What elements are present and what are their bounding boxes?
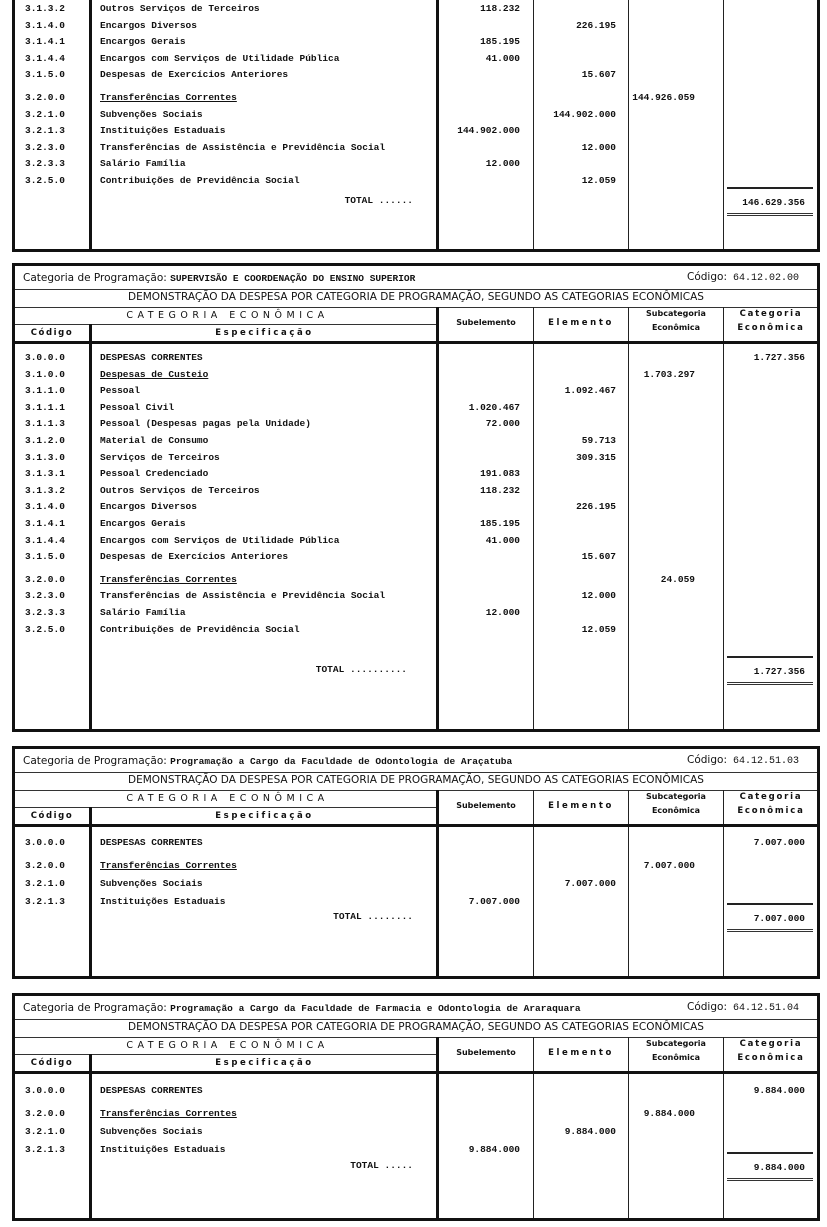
row-elemento-value: 12.000 xyxy=(582,590,616,601)
table-row: 3.2.3.3Salário Família12.000 xyxy=(15,607,817,624)
table-row: 3.2.0.0Transferências Correntes9.884.000 xyxy=(15,1108,817,1126)
row-specification: Subvenções Sociais xyxy=(100,878,203,889)
total-double-rule xyxy=(727,213,813,216)
total-value: 7.007.000 xyxy=(754,913,805,924)
row-specification: Transferências de Assistência e Previdên… xyxy=(100,142,385,153)
header-divider xyxy=(15,1054,437,1055)
row-code: 3.1.4.0 xyxy=(25,501,90,512)
subelement-column-header: Subelemento xyxy=(439,1048,533,1057)
row-specification: Despesas de Custeio xyxy=(100,369,208,380)
table-row: 3.2.3.3Salário Família12.000 xyxy=(15,158,817,175)
row-elemento-value: 9.884.000 xyxy=(565,1126,616,1137)
total-rule xyxy=(727,656,813,658)
row-code: 3.2.3.3 xyxy=(25,158,90,169)
row-code: 3.1.5.0 xyxy=(25,551,90,562)
program-code-value: 64.12.02.00 xyxy=(733,273,799,284)
section-aracatuba: Categoria de Programação: Programação a … xyxy=(12,746,820,979)
table-row: 3.2.5.0Contribuições de Previdência Soci… xyxy=(15,175,817,192)
specification-column-header: Especificação xyxy=(93,328,436,338)
row-specification: Outros Serviços de Terceiros xyxy=(100,485,260,496)
demonstration-title: DEMONSTRAÇÃO DA DESPESA POR CATEGORIA DE… xyxy=(15,289,817,308)
column-header-row: CATEGORIA ECONÔMICA Código Especificação… xyxy=(15,790,817,827)
row-code: 3.1.4.0 xyxy=(25,20,90,31)
total-rule xyxy=(727,187,813,189)
table-row: 3.1.4.0Encargos Diversos226.195 xyxy=(15,20,817,37)
row-code: 3.1.3.2 xyxy=(25,485,90,496)
code-column-header: Código xyxy=(15,811,89,821)
row-elemento-value: 59.713 xyxy=(582,435,616,446)
table-row: 3.1.4.4Encargos com Serviços de Utilidad… xyxy=(15,535,817,552)
row-code: 3.2.3.0 xyxy=(25,590,90,601)
row-code: 3.1.4.4 xyxy=(25,53,90,64)
programming-category-label: Categoria de Programação: Programação a … xyxy=(23,1002,581,1014)
column-divider xyxy=(89,807,92,824)
row-specification: Encargos Gerais xyxy=(100,36,186,47)
row-specification: Pessoal xyxy=(100,385,140,396)
row-code: 3.2.0.0 xyxy=(25,92,90,103)
table-row: 3.1.5.0Despesas de Exercícios Anteriores… xyxy=(15,69,817,86)
total-double-rule xyxy=(727,1178,813,1181)
table-row: 3.0.0.0DESPESAS CORRENTES7.007.000 xyxy=(15,837,817,855)
section-araraquara: Categoria de Programação: Programação a … xyxy=(12,993,820,1221)
total-value: 9.884.000 xyxy=(754,1162,805,1173)
row-specification: DESPESAS CORRENTES xyxy=(100,352,203,363)
row-specification: Subvenções Sociais xyxy=(100,1126,203,1137)
total-label: TOTAL ........ xyxy=(333,911,413,922)
row-subelemento-value: 191.083 xyxy=(480,468,520,479)
row-subelemento-value: 7.007.000 xyxy=(469,896,520,907)
table-row: 3.1.2.0Material de Consumo59.713 xyxy=(15,435,817,452)
category-column-header: CategoriaEconômica xyxy=(724,1039,818,1068)
table-row: 3.2.0.0Transferências Correntes144.926.0… xyxy=(15,92,817,109)
row-code: 3.2.1.0 xyxy=(25,1126,90,1137)
economic-category-header: CATEGORIA ECONÔMICA xyxy=(15,1040,440,1051)
element-column-header: Elemento xyxy=(534,1048,628,1058)
table-row: 3.2.1.3Instituições Estaduais144.902.000 xyxy=(15,125,817,142)
row-specification: Encargos com Serviços de Utilidade Públi… xyxy=(100,53,339,64)
row-specification: Encargos Gerais xyxy=(100,518,186,529)
row-code: 3.2.1.3 xyxy=(25,125,90,136)
row-specification: Instituições Estaduais xyxy=(100,125,225,136)
demonstration-title: DEMONSTRAÇÃO DA DESPESA POR CATEGORIA DE… xyxy=(15,1019,817,1038)
row-code: 3.2.5.0 xyxy=(25,624,90,635)
table-row: 3.2.3.0Transferências de Assistência e P… xyxy=(15,142,817,159)
row-specification: Despesas de Exercícios Anteriores xyxy=(100,69,288,80)
row-elemento-value: 144.902.000 xyxy=(553,109,616,120)
row-subcategoria-value: 24.059 xyxy=(661,574,695,585)
specification-column-header: Especificação xyxy=(93,811,436,821)
table-row: 3.2.1.0Subvenções Sociais9.884.000 xyxy=(15,1126,817,1144)
row-code: 3.1.1.3 xyxy=(25,418,90,429)
row-code: 3.2.5.0 xyxy=(25,175,90,186)
row-specification: DESPESAS CORRENTES xyxy=(100,837,203,848)
total-label: TOTAL ..... xyxy=(350,1160,413,1171)
table-row: 3.1.5.0Despesas de Exercícios Anteriores… xyxy=(15,551,817,568)
row-code: 3.1.4.4 xyxy=(25,535,90,546)
row-subcategoria-value: 7.007.000 xyxy=(644,860,695,871)
total-double-rule xyxy=(727,929,813,932)
programming-category-label: Categoria de Programação: Programação a … xyxy=(23,755,512,767)
row-subelemento-value: 185.195 xyxy=(480,36,520,47)
row-elemento-value: 7.007.000 xyxy=(565,878,616,889)
row-specification: Contribuições de Previdência Social xyxy=(100,624,300,635)
column-header-row: CATEGORIA ECONÔMICA Código Especificação… xyxy=(15,307,817,344)
programming-category-row: Categoria de Programação: SUPERVISÃO E C… xyxy=(15,266,817,290)
total-rule xyxy=(727,1152,813,1154)
row-elemento-value: 226.195 xyxy=(576,20,616,31)
programming-category-row: Categoria de Programação: Programação a … xyxy=(15,749,817,773)
table-row: 3.1.3.2Outros Serviços de Terceiros118.2… xyxy=(15,3,817,20)
table-row: 3.1.4.1Encargos Gerais185.195 xyxy=(15,518,817,535)
row-code: 3.1.1.0 xyxy=(25,385,90,396)
row-categoria-value: 9.884.000 xyxy=(754,1085,805,1096)
row-specification: Encargos Diversos xyxy=(100,501,197,512)
table-row: 3.1.3.1Pessoal Credenciado191.083 xyxy=(15,468,817,485)
category-column-header: CategoriaEconômica xyxy=(724,309,818,338)
row-specification: Despesas de Exercícios Anteriores xyxy=(100,551,288,562)
total-double-rule xyxy=(727,682,813,685)
row-subelemento-value: 9.884.000 xyxy=(469,1144,520,1155)
row-code: 3.2.3.3 xyxy=(25,607,90,618)
row-subelemento-value: 1.020.467 xyxy=(469,402,520,413)
row-elemento-value: 226.195 xyxy=(576,501,616,512)
section-body: 3.0.0.0DESPESAS CORRENTES9.884.0003.2.0.… xyxy=(15,1074,817,1218)
program-code-value: 64.12.51.04 xyxy=(733,1003,799,1014)
row-subelemento-value: 118.232 xyxy=(480,3,520,14)
programming-category-value: Programação a Cargo da Faculdade de Odon… xyxy=(170,756,512,767)
programming-category-value: SUPERVISÃO E COORDENAÇÃO DO ENSINO SUPER… xyxy=(170,273,415,284)
total-label: TOTAL .......... xyxy=(316,664,407,675)
table-row: 3.2.1.0Subvenções Sociais144.902.000 xyxy=(15,109,817,126)
row-code: 3.2.3.0 xyxy=(25,142,90,153)
table-row: 3.1.4.4Encargos com Serviços de Utilidad… xyxy=(15,53,817,70)
table-row: 3.1.4.1Encargos Gerais185.195 xyxy=(15,36,817,53)
row-code: 3.1.3.2 xyxy=(25,3,90,14)
row-specification: Outros Serviços de Terceiros xyxy=(100,3,260,14)
programming-category-value: Programação a Cargo da Faculdade de Farm… xyxy=(170,1003,580,1014)
row-specification: Encargos Diversos xyxy=(100,20,197,31)
row-subelemento-value: 144.902.000 xyxy=(457,125,520,136)
row-code: 3.2.0.0 xyxy=(25,574,90,585)
row-specification: Instituições Estaduais xyxy=(100,896,225,907)
section-supervisao: Categoria de Programação: SUPERVISÃO E C… xyxy=(12,263,820,732)
row-code: 3.2.1.3 xyxy=(25,896,90,907)
row-code: 3.1.0.0 xyxy=(25,369,90,380)
program-code: Código:64.12.51.03 xyxy=(687,754,799,767)
economic-category-header: CATEGORIA ECONÔMICA xyxy=(15,310,440,321)
table-row: 3.2.3.0Transferências de Assistência e P… xyxy=(15,590,817,607)
subcategory-column-header: SubcategoriaEconômica xyxy=(629,309,723,337)
column-header-row: CATEGORIA ECONÔMICA Código Especificação… xyxy=(15,1037,817,1074)
row-subcategoria-value: 1.703.297 xyxy=(644,369,695,380)
row-specification: Salário Família xyxy=(100,158,186,169)
row-elemento-value: 309.315 xyxy=(576,452,616,463)
section-body: 3.0.0.0DESPESAS CORRENTES7.007.0003.2.0.… xyxy=(15,827,817,976)
program-code: Código:64.12.51.04 xyxy=(687,1001,799,1014)
row-subelemento-value: 72.000 xyxy=(486,418,520,429)
row-specification: Material de Consumo xyxy=(100,435,208,446)
row-code: 3.1.3.0 xyxy=(25,452,90,463)
row-specification: Encargos com Serviços de Utilidade Públi… xyxy=(100,535,339,546)
row-subelemento-value: 41.000 xyxy=(486,535,520,546)
subelement-column-header: Subelemento xyxy=(439,801,533,810)
row-code: 3.0.0.0 xyxy=(25,837,90,848)
table-row: 3.1.1.3Pessoal (Despesas pagas pela Unid… xyxy=(15,418,817,435)
header-divider xyxy=(15,807,437,808)
row-specification: Transferências Correntes xyxy=(100,574,237,585)
table-row: 3.2.5.0Contribuições de Previdência Soci… xyxy=(15,624,817,641)
total-value: 1.727.356 xyxy=(754,666,805,677)
header-divider xyxy=(15,324,437,325)
row-categoria-value: 7.007.000 xyxy=(754,837,805,848)
element-column-header: Elemento xyxy=(534,801,628,811)
row-subelemento-value: 12.000 xyxy=(486,158,520,169)
row-subcategoria-value: 9.884.000 xyxy=(644,1108,695,1119)
table-row: 3.1.0.0Despesas de Custeio1.703.297 xyxy=(15,369,817,386)
row-code: 3.0.0.0 xyxy=(25,1085,90,1096)
column-divider xyxy=(89,1054,92,1071)
row-code: 3.2.0.0 xyxy=(25,1108,90,1119)
row-specification: Transferências Correntes xyxy=(100,1108,237,1119)
subcategory-column-header: SubcategoriaEconômica xyxy=(629,1039,723,1067)
specification-column-header: Especificação xyxy=(93,1058,436,1068)
table-row: 3.0.0.0DESPESAS CORRENTES9.884.000 xyxy=(15,1085,817,1103)
category-column-header: CategoriaEconômica xyxy=(724,792,818,821)
row-code: 3.1.4.1 xyxy=(25,36,90,47)
row-specification: Pessoal (Despesas pagas pela Unidade) xyxy=(100,418,311,429)
demonstration-title: DEMONSTRAÇÃO DA DESPESA POR CATEGORIA DE… xyxy=(15,772,817,791)
row-code: 3.1.4.1 xyxy=(25,518,90,529)
code-column-header: Código xyxy=(15,1058,89,1068)
row-subelemento-value: 118.232 xyxy=(480,485,520,496)
code-column-header: Código xyxy=(15,328,89,338)
row-specification: Instituições Estaduais xyxy=(100,1144,225,1155)
row-elemento-value: 15.607 xyxy=(582,551,616,562)
program-code: Código:64.12.02.00 xyxy=(687,271,799,284)
programming-category-row: Categoria de Programação: Programação a … xyxy=(15,996,817,1020)
program-code-value: 64.12.51.03 xyxy=(733,756,799,767)
row-elemento-value: 12.059 xyxy=(582,175,616,186)
table-row: 3.2.0.0Transferências Correntes24.059 xyxy=(15,574,817,591)
row-code: 3.0.0.0 xyxy=(25,352,90,363)
economic-category-header: CATEGORIA ECONÔMICA xyxy=(15,793,440,804)
row-categoria-value: 1.727.356 xyxy=(754,352,805,363)
row-elemento-value: 12.000 xyxy=(582,142,616,153)
row-subcategoria-value: 144.926.059 xyxy=(632,92,695,103)
row-specification: Transferências de Assistência e Previdên… xyxy=(100,590,385,601)
table-row: 3.1.3.2Outros Serviços de Terceiros118.2… xyxy=(15,485,817,502)
row-subelemento-value: 12.000 xyxy=(486,607,520,618)
row-elemento-value: 15.607 xyxy=(582,69,616,80)
row-code: 3.1.1.1 xyxy=(25,402,90,413)
table-row: 3.2.0.0Transferências Correntes7.007.000 xyxy=(15,860,817,878)
row-specification: Contribuições de Previdência Social xyxy=(100,175,300,186)
row-subelemento-value: 185.195 xyxy=(480,518,520,529)
table-row: 3.1.1.1Pessoal Civil1.020.467 xyxy=(15,402,817,419)
row-elemento-value: 12.059 xyxy=(582,624,616,635)
subelement-column-header: Subelemento xyxy=(439,318,533,327)
row-elemento-value: 1.092.467 xyxy=(565,385,616,396)
table-row: 3.2.1.3Instituições Estaduais9.884.000 xyxy=(15,1144,817,1162)
row-specification: Salário Família xyxy=(100,607,186,618)
total-rule xyxy=(727,903,813,905)
row-specification: Subvenções Sociais xyxy=(100,109,203,120)
row-specification: Pessoal Credenciado xyxy=(100,468,208,479)
column-divider xyxy=(89,324,92,341)
table-row: 3.1.1.0Pessoal1.092.467 xyxy=(15,385,817,402)
row-code: 3.2.0.0 xyxy=(25,860,90,871)
row-code: 3.2.1.0 xyxy=(25,878,90,889)
row-code: 3.1.5.0 xyxy=(25,69,90,80)
row-specification: DESPESAS CORRENTES xyxy=(100,1085,203,1096)
table-row: 3.1.4.0Encargos Diversos226.195 xyxy=(15,501,817,518)
row-subelemento-value: 41.000 xyxy=(486,53,520,64)
total-value: 146.629.356 xyxy=(742,197,805,208)
section-body: 3.0.0.0DESPESAS CORRENTES1.727.3563.1.0.… xyxy=(15,344,817,729)
row-code: 3.2.1.3 xyxy=(25,1144,90,1155)
row-code: 3.1.2.0 xyxy=(25,435,90,446)
row-specification: Transferências Correntes xyxy=(100,92,237,103)
element-column-header: Elemento xyxy=(534,318,628,328)
row-code: 3.2.1.0 xyxy=(25,109,90,120)
row-specification: Transferências Correntes xyxy=(100,860,237,871)
row-specification: Pessoal Civil xyxy=(100,402,174,413)
total-label: TOTAL ...... xyxy=(345,195,413,206)
table-row: 3.1.3.0Serviços de Terceiros309.315 xyxy=(15,452,817,469)
row-code: 3.1.3.1 xyxy=(25,468,90,479)
table-row: 3.0.0.0DESPESAS CORRENTES1.727.356 xyxy=(15,352,817,369)
continuation-table: 3.1.3.2Outros Serviços de Terceiros118.2… xyxy=(12,0,820,252)
programming-category-label: Categoria de Programação: SUPERVISÃO E C… xyxy=(23,272,415,284)
subcategory-column-header: SubcategoriaEconômica xyxy=(629,792,723,820)
row-specification: Serviços de Terceiros xyxy=(100,452,220,463)
table-row: 3.2.1.0Subvenções Sociais7.007.000 xyxy=(15,878,817,896)
table-row: 3.2.1.3Instituições Estaduais7.007.000 xyxy=(15,896,817,914)
